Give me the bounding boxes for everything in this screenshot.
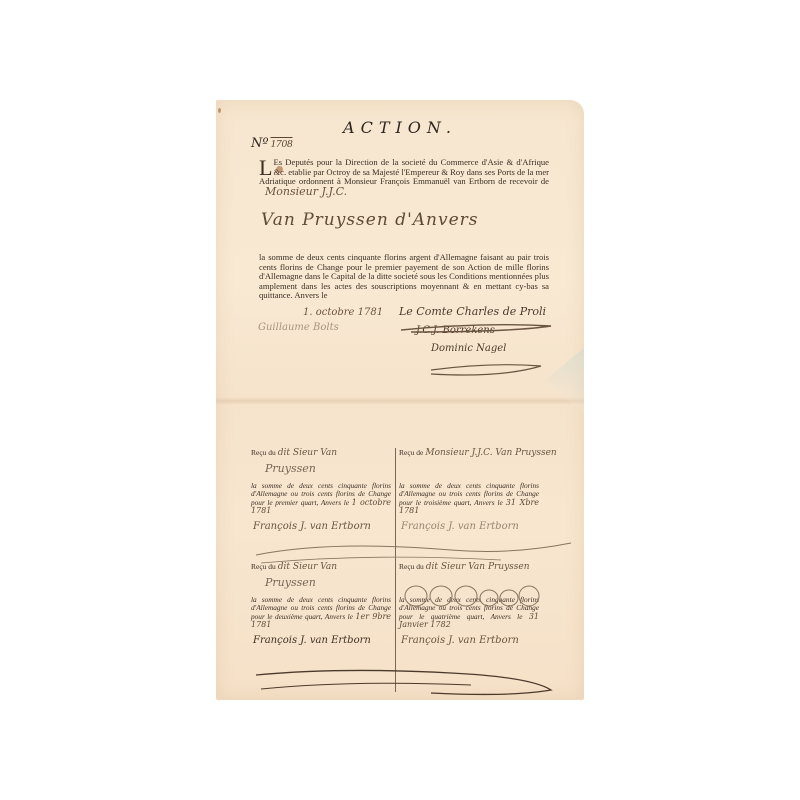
receipt-text: la somme de deux cents cinquante florins…: [399, 595, 539, 621]
payee-name: Van Pruyssen d'Anvers: [261, 210, 478, 230]
receipt-payer-name: Pruyssen: [265, 462, 391, 476]
receipt-payer-name: [413, 576, 539, 590]
receipt-payer-name: [413, 462, 539, 476]
receipt-heading: Reçu du: [399, 562, 424, 571]
number-prefix: Nº: [251, 136, 269, 151]
paragraph-intro: L Es Deputés pour la Direction de la soc…: [259, 158, 549, 197]
paper-fold: [216, 397, 584, 405]
receipt-first-quarter: Reçu dudit Sieur Van Pruyssen la somme d…: [251, 448, 391, 532]
receipt-heading: Reçu du: [251, 562, 276, 571]
drop-cap: L: [259, 159, 272, 177]
receipt-signature: François J. van Ertborn: [401, 521, 539, 532]
signature-2: J.C.J. Borrekens: [416, 325, 495, 336]
receipt-second-quarter: Reçu dudit Sieur Van Pruyssen la somme d…: [251, 562, 391, 646]
intro-text: Es Deputés pour la Direction de la socie…: [259, 157, 549, 186]
receipt-signature: François J. van Ertborn: [253, 635, 391, 646]
receipt-payer: dit Sieur Van: [278, 562, 337, 572]
receipt-payer: dit Sieur Van Pruyssen: [426, 562, 530, 572]
bottom-flourish: [251, 665, 581, 700]
signature-3: Dominic Nagel: [431, 343, 506, 354]
receipt-fourth-quarter: Reçu dudit Sieur Van Pruyssen la somme d…: [399, 562, 539, 646]
ink-stain: [218, 108, 221, 113]
document-title: ACTION.: [216, 118, 584, 137]
certificate-number: Nº1708: [251, 136, 293, 151]
receipt-divider: [395, 448, 396, 692]
receipt-heading: Reçu du: [251, 448, 276, 457]
receipt-third-quarter: Reçu deMonsieur J.J.C. Van Pruyssen la s…: [399, 448, 539, 532]
receipt-signature: François J. van Ertborn: [401, 635, 539, 646]
receipt-signature: François J. van Ertborn: [253, 521, 391, 532]
payee-prefix: Monsieur J.J.C.: [265, 185, 347, 198]
receipt-payer-name: Pruyssen: [265, 576, 391, 590]
receipt-payer: dit Sieur Van: [278, 448, 337, 458]
share-certificate: ACTION. Nº1708 L Es Deputés pour la Dire…: [216, 100, 584, 700]
receipt-heading: Reçu de: [399, 448, 423, 457]
witness-signature: Guillaume Bolts: [258, 322, 339, 333]
signature-1: Le Comte Charles de Proli: [399, 305, 546, 318]
issue-date: 1. octobre 1781: [303, 307, 383, 318]
paragraph-terms: la somme de deux cents cinquante florins…: [259, 253, 549, 301]
receipt-coupons: Reçu dudit Sieur Van Pruyssen la somme d…: [251, 440, 571, 695]
number-value: 1708: [271, 138, 293, 150]
receipt-payer: Monsieur J.J.C. Van Pruyssen: [425, 448, 556, 458]
